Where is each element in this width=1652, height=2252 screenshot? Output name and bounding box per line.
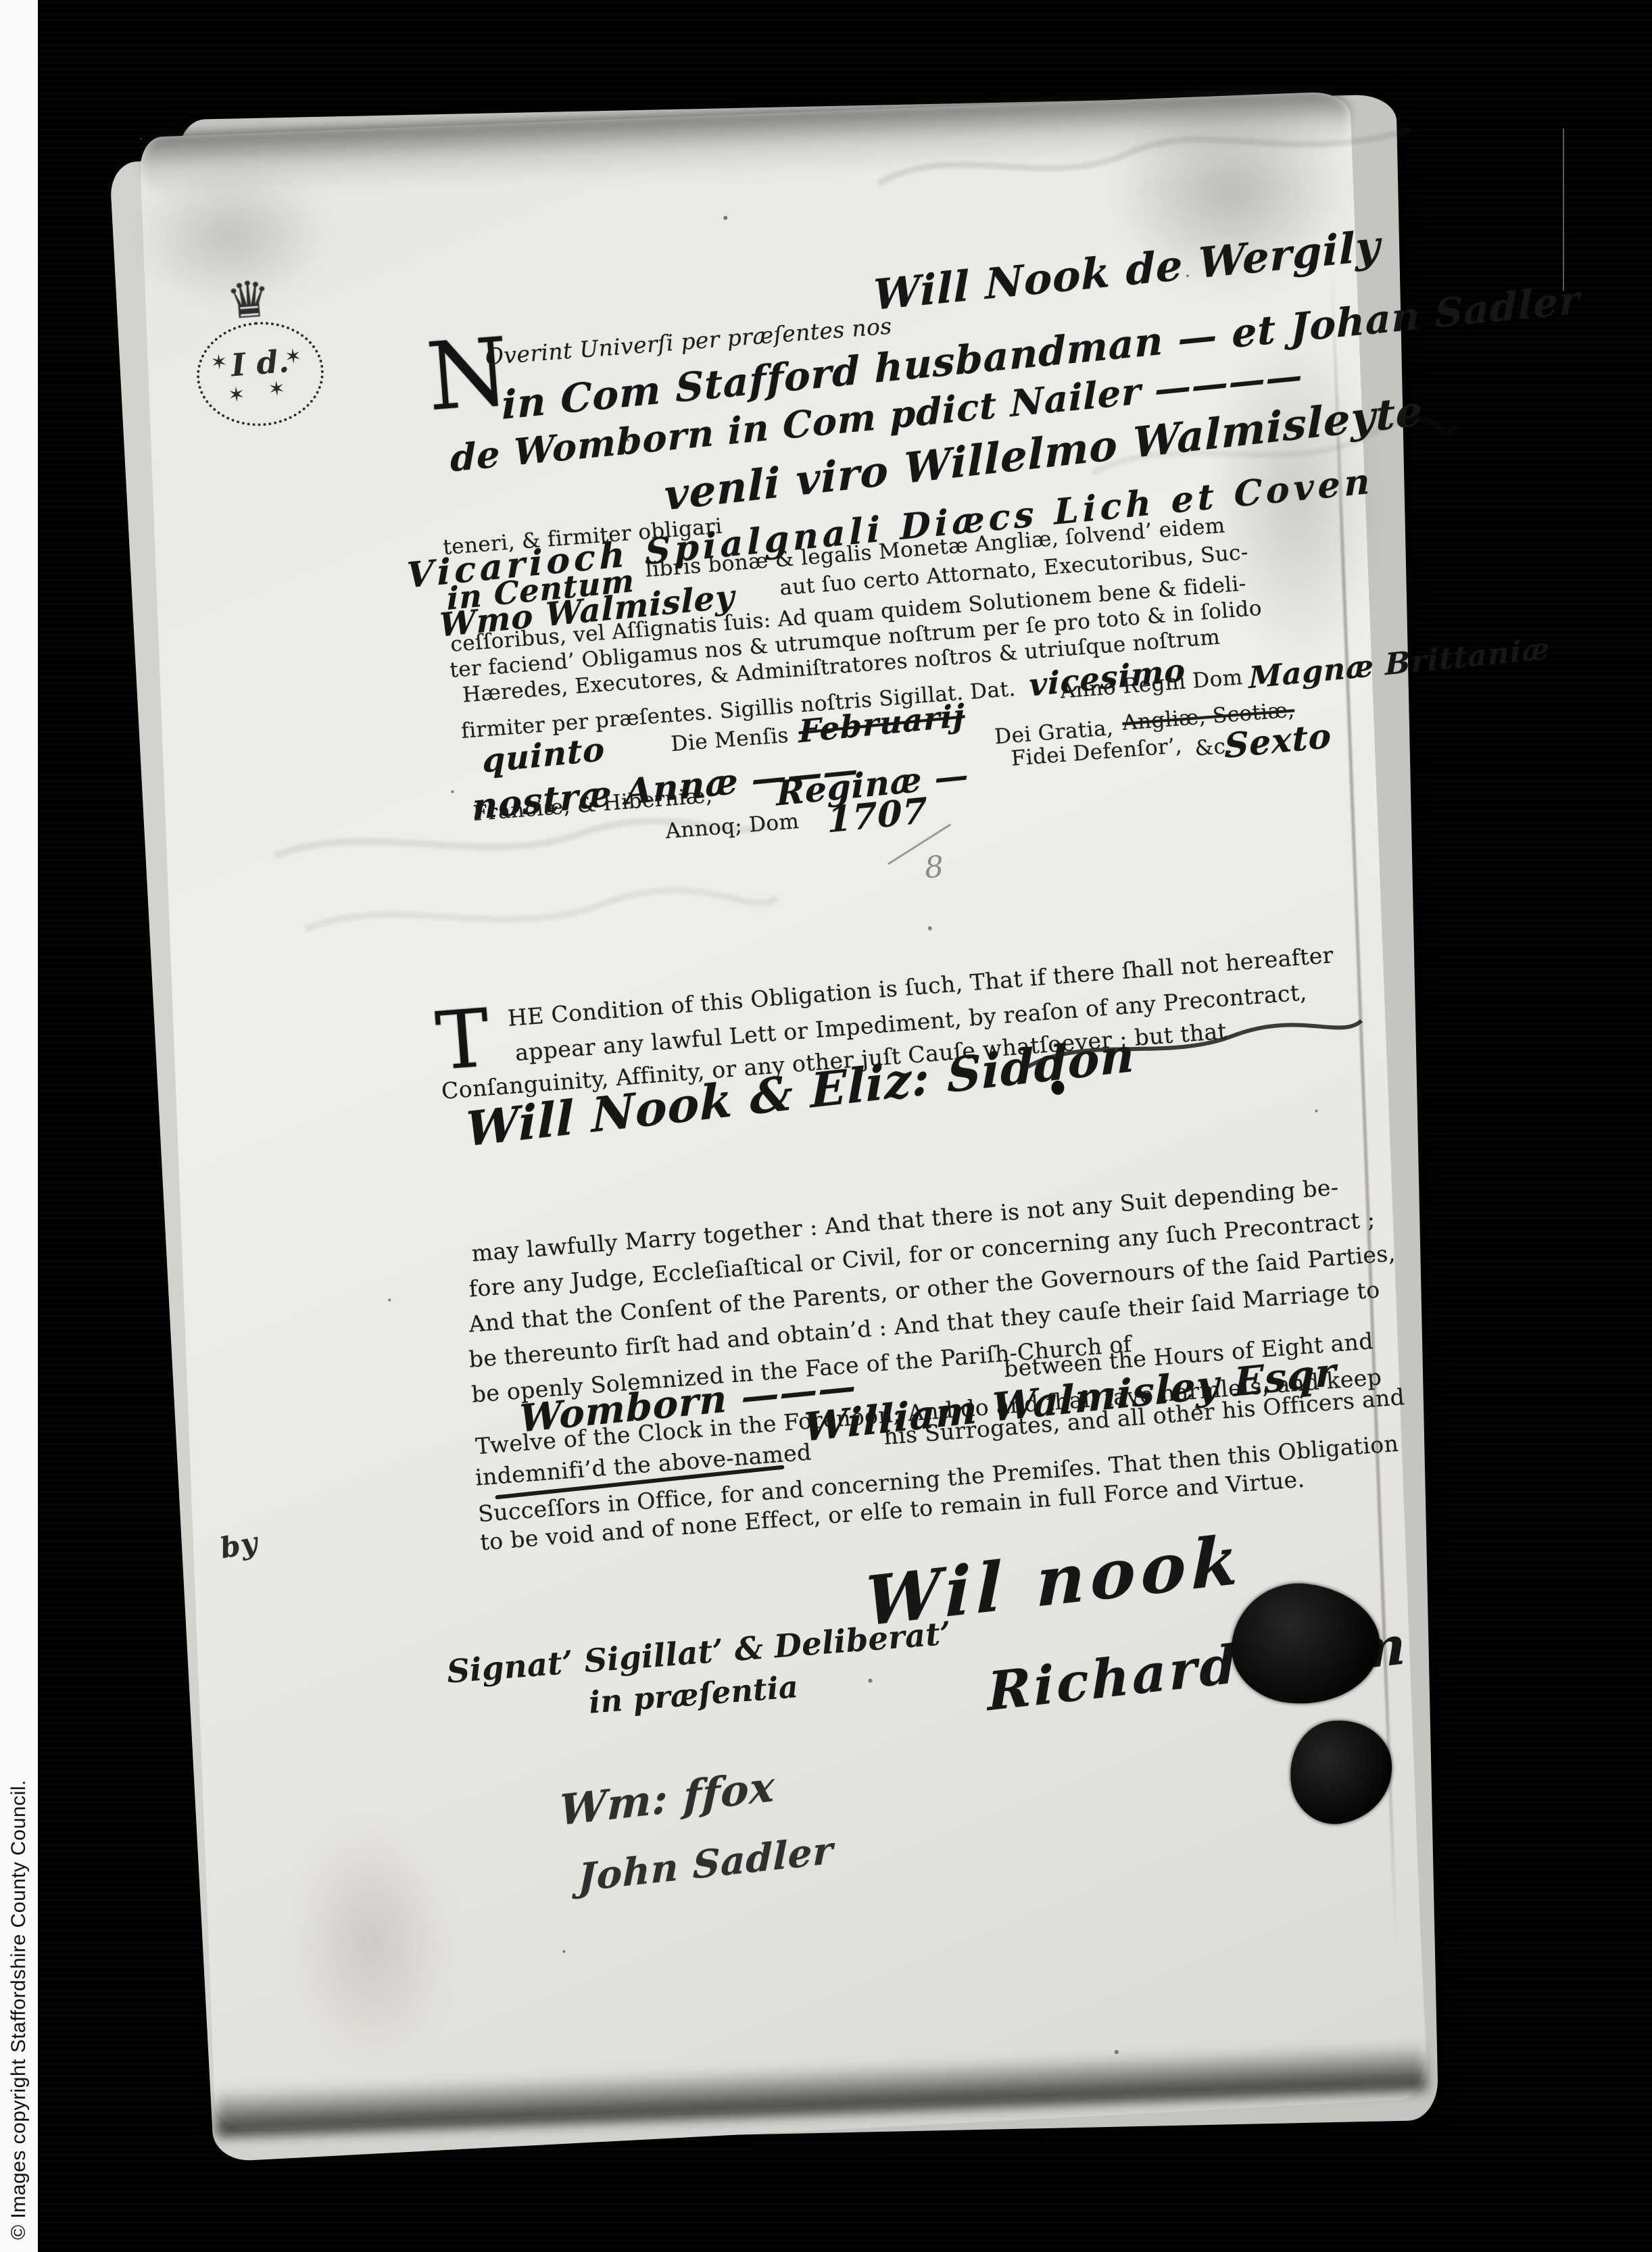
margin-mark-hw: by	[218, 1525, 261, 1565]
star-icon: ✶	[284, 345, 303, 370]
witness-2-signature: John Sadler	[578, 1828, 833, 1901]
star-icon: ✶	[267, 377, 286, 402]
dropcap-t: T	[434, 1006, 492, 1073]
copyright-text: © Images copyright Staffordshire County …	[7, 1780, 30, 2240]
witness-1-signature: Wm: ffox	[559, 1761, 776, 1835]
bond-page: ♛ I d. ✶ ✶ ✶ ✶ N Overint Univerſi per pr…	[139, 91, 1426, 2132]
star-icon: ✶	[227, 383, 246, 408]
year-hw: 1707	[827, 790, 928, 841]
copyright-strip: © Images copyright Staffordshire County …	[0, 0, 38, 2252]
ink-specks	[139, 137, 142, 140]
document-text: ♛ I d. ✶ ✶ ✶ ✶ N Overint Univerſi per pr…	[104, 70, 1465, 2153]
scanned-document-photo: ♛ I d. ✶ ✶ ✶ ✶ N Overint Univerſi per pr…	[0, 0, 1652, 2252]
ink-dot	[1051, 1080, 1065, 1095]
film-scratch	[1563, 128, 1564, 291]
pencil-eight: 8	[923, 850, 945, 885]
duty-stamp: ♛ I d. ✶ ✶ ✶ ✶	[190, 275, 336, 434]
star-icon: ✶	[210, 350, 228, 375]
